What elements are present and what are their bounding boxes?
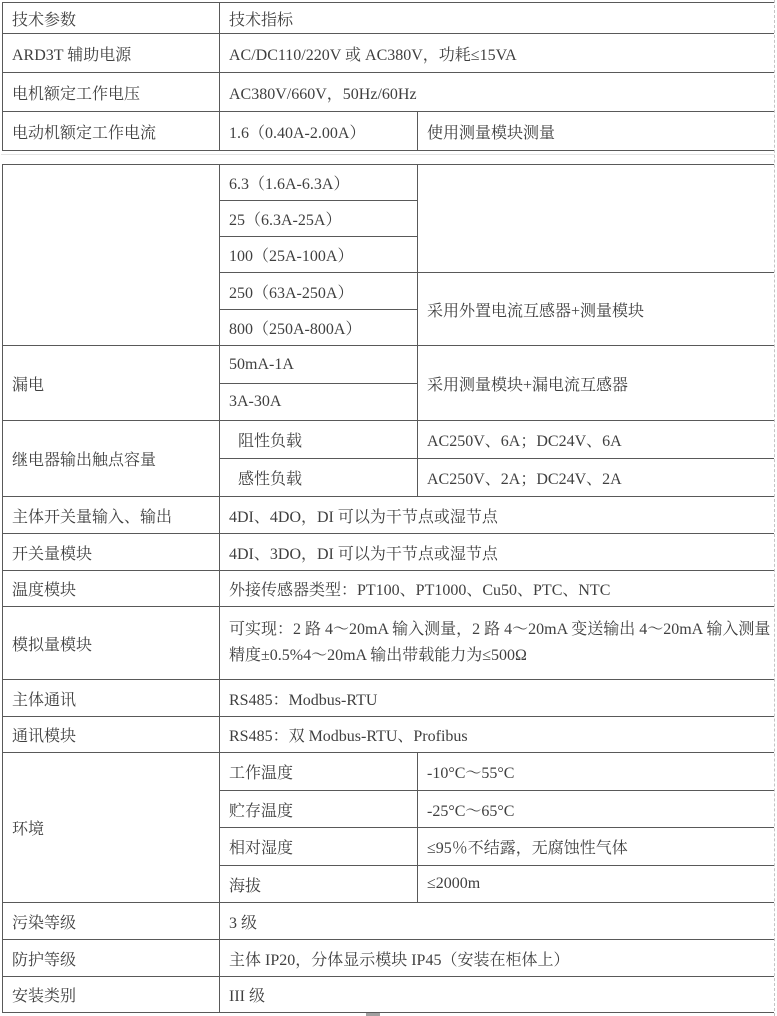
label-cell: 开关量模块 [3,534,220,571]
table-row: 主体通讯 RS485：Modbus-RTU [3,680,774,717]
range-cell: 6.3（1.6A-6.3A） [220,165,418,201]
range-cell: 50mA-1A [220,346,418,384]
table-separator-line [1,154,774,155]
value-cell: -10°C～55°C [418,753,774,791]
table-row: 安装类别 III 级 [3,977,774,1013]
range-cell: 800（250A-800A） [220,310,418,346]
value-cell: RS485：Modbus-RTU [220,680,774,717]
env-type-cell: 工作温度 [220,753,418,791]
range-cell: 250（63A-250A） [220,273,418,310]
label-cell: 漏电 [3,346,220,421]
label-cell: 温度模块 [3,571,220,607]
value-cell: 4DI、4DO，DI 可以为干节点或湿节点 [220,497,774,534]
table-row: 电机额定工作电压 AC380V/660V，50Hz/60Hz [3,73,774,112]
value-cell: 4DI、3DO，DI 可以为干节点或湿节点 [220,534,774,571]
label-cell: 防护等级 [3,940,220,977]
label-cell: 模拟量模块 [3,607,220,680]
value-cell: AC/DC110/220V 或 AC380V，功耗≤15VA [220,34,774,73]
label-cell: 主体开关量输入、输出 [3,497,220,534]
label-cell: 环境 [3,753,220,903]
spec-table-top: 技术参数 技术指标 ARD3T 辅助电源 AC/DC110/220V 或 AC3… [2,2,774,151]
value-cell: -25°C～65°C [418,791,774,828]
table-row: 技术参数 技术指标 [3,3,774,34]
table-row: 通讯模块 RS485：双 Modbus-RTU、Profibus [3,717,774,753]
label-cell: 继电器输出触点容量 [3,421,220,497]
table-row: 电动机额定工作电流 1.6（0.40A-2.00A） 使用测量模块测量 [3,112,774,151]
table-row: 污染等级 3 级 [3,903,774,940]
table-row: ARD3T 辅助电源 AC/DC110/220V 或 AC380V，功耗≤15V… [3,34,774,73]
note-cell: 采用外置电流互感器+测量模块 [418,273,774,346]
table-row: 环境 工作温度 -10°C～55°C [3,753,774,791]
table-row: 主体开关量输入、输出 4DI、4DO，DI 可以为干节点或湿节点 [3,497,774,534]
table-row: 温度模块 外接传感器类型：PT100、PT1000、Cu50、PTC、NTC [3,571,774,607]
value-cell: AC250V、6A；DC24V、6A [418,421,774,459]
range-cell: 100（25A-100A） [220,237,418,273]
value-cell: 主体 IP20，分体显示模块 IP45（安装在柜体上） [220,940,774,977]
label-cell: 电机额定工作电压 [3,73,220,112]
value-cell: AC380V/660V，50Hz/60Hz [220,73,774,112]
value-cell: AC250V、2A；DC24V、2A [418,459,774,497]
page-margin-dashed-line [774,0,775,1016]
value-cell: 外接传感器类型：PT100、PT1000、Cu50、PTC、NTC [220,571,774,607]
header-cell: 技术指标 [220,3,774,34]
table-row: 开关量模块 4DI、3DO，DI 可以为干节点或湿节点 [3,534,774,571]
table-row: 漏电 50mA-1A 采用测量模块+漏电流互感器 [3,346,774,384]
note-cell: 使用测量模块测量 [418,112,774,151]
empty-cell [418,165,774,273]
value-cell: 1.6（0.40A-2.00A） [220,112,418,151]
label-cell: ARD3T 辅助电源 [3,34,220,73]
label-cell: 主体通讯 [3,680,220,717]
env-type-cell: 相对湿度 [220,828,418,866]
value-cell: 可实现：2 路 4～20mA 输入测量，2 路 4～20mA 变送输出 4～20… [220,607,774,680]
load-type-cell: 阻性负载 [220,421,418,459]
header-cell: 技术参数 [3,3,220,34]
label-cell: 通讯模块 [3,717,220,753]
range-cell: 25（6.3A-25A） [220,201,418,237]
empty-cell [3,165,220,346]
env-type-cell: 贮存温度 [220,791,418,828]
note-cell: 采用测量模块+漏电流互感器 [418,346,774,421]
label-cell: 污染等级 [3,903,220,940]
table-row: 模拟量模块 可实现：2 路 4～20mA 输入测量，2 路 4～20mA 变送输… [3,607,774,680]
env-type-cell: 海拔 [220,866,418,903]
spec-table-main: 6.3（1.6A-6.3A） 25（6.3A-25A） 100（25A-100A… [2,164,774,1013]
value-cell: ≤2000m [418,866,774,903]
spec-sheet-page: 技术参数 技术指标 ARD3T 辅助电源 AC/DC110/220V 或 AC3… [0,0,777,1016]
range-cell: 3A-30A [220,384,418,421]
value-cell: RS485：双 Modbus-RTU、Profibus [220,717,774,753]
value-cell: ≤95％不结露，无腐蚀性气体 [418,828,774,866]
table-row: 防护等级 主体 IP20，分体显示模块 IP45（安装在柜体上） [3,940,774,977]
label-cell: 电动机额定工作电流 [3,112,220,151]
table-row: 6.3（1.6A-6.3A） [3,165,774,201]
value-cell: 3 级 [220,903,774,940]
load-type-cell: 感性负载 [220,459,418,497]
value-cell: III 级 [220,977,774,1013]
table-row: 继电器输出触点容量 阻性负载 AC250V、6A；DC24V、6A [3,421,774,459]
label-cell: 安装类别 [3,977,220,1013]
